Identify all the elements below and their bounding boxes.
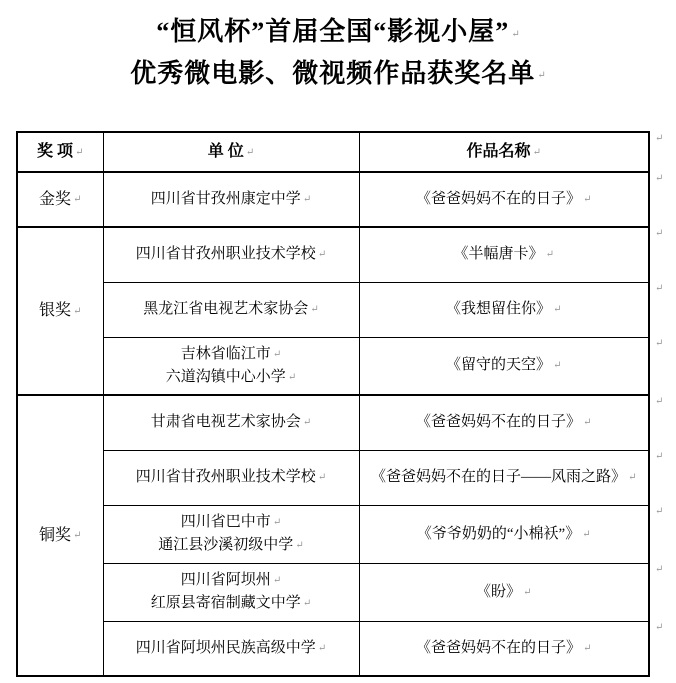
paragraph-mark-icon: ↵	[318, 643, 326, 654]
row-end-mark: ↵	[655, 229, 663, 239]
work-text: 《盼》	[476, 584, 521, 600]
work-cell: 《爷爷奶奶的“小棉袄”》↵	[359, 505, 649, 563]
paragraph-mark-icon: ↵	[273, 575, 281, 586]
row-end-mark: ↵	[655, 339, 663, 349]
unit-cell: 四川省阿坝州↵ 红原县寄宿制藏文中学↵	[103, 563, 359, 621]
paragraph-mark-icon: ↵	[537, 70, 545, 81]
work-text: 《爸爸妈妈不在的日子》	[416, 414, 581, 430]
title-text-2: 优秀微电影、微视频作品获奖名单	[130, 59, 535, 88]
work-cell: 《盼》↵	[359, 563, 649, 621]
unit-text: 甘肃省电视艺术家协会	[151, 414, 301, 430]
work-text: 《半幅唐卡》	[454, 246, 544, 262]
unit-cell: 黑龙江省电视艺术家协会↵	[103, 282, 359, 337]
paragraph-mark-icon: ↵	[273, 349, 281, 360]
work-text: 《爸爸妈妈不在的日子》	[416, 640, 581, 656]
unit-text: 四川省阿坝州	[181, 572, 271, 588]
document-page: “恒风杯”首届全国“影视小屋”↵ 优秀微电影、微视频作品获奖名单↵ 奖 项↵ 单…	[0, 12, 676, 677]
unit-text: 四川省甘孜州职业技术学校	[136, 469, 316, 485]
paragraph-mark-icon: ↵	[318, 249, 326, 260]
unit-cell: 甘肃省电视艺术家协会↵	[103, 395, 359, 450]
work-text: 《爸爸妈妈不在的日子——风雨之路》	[371, 469, 626, 485]
work-cell: 《半幅唐卡》↵	[359, 227, 649, 282]
table-row-silver-1: 银奖↵ 四川省甘孜州职业技术学校↵ 《半幅唐卡》↵	[17, 227, 649, 282]
unit-text: 四川省巴中市	[181, 514, 271, 530]
unit-cell: 吉林省临江市↵ 六道沟镇中心小学↵	[103, 337, 359, 395]
paragraph-mark-icon: ↵	[628, 472, 636, 483]
paragraph-mark-icon: ↵	[582, 529, 590, 540]
document-title: “恒风杯”首届全国“影视小屋”↵ 优秀微电影、微视频作品获奖名单↵	[0, 12, 676, 95]
header-work-text: 作品名称	[467, 143, 531, 160]
row-end-mark: ↵	[655, 174, 663, 184]
table-row-silver-2: 黑龙江省电视艺术家协会↵ 《我想留住你》↵	[17, 282, 649, 337]
header-work: 作品名称↵	[359, 132, 649, 172]
title-line-1: “恒风杯”首届全国“影视小屋”↵	[0, 12, 676, 54]
unit-cell: 四川省巴中市↵ 通江县沙溪初级中学↵	[103, 505, 359, 563]
title-line-2: 优秀微电影、微视频作品获奖名单↵	[0, 54, 676, 96]
unit-line: 四川省阿坝州↵	[106, 569, 357, 592]
unit-text: 四川省阿坝州民族高级中学	[136, 640, 316, 656]
paragraph-mark-icon: ↵	[583, 417, 591, 428]
paragraph-mark-icon: ↵	[73, 194, 81, 205]
unit-line: 红原县寄宿制藏文中学↵	[106, 592, 357, 615]
table-row-silver-3: 吉林省临江市↵ 六道沟镇中心小学↵ 《留守的天空》↵	[17, 337, 649, 395]
table-row-bronze-2: 四川省甘孜州职业技术学校↵ 《爸爸妈妈不在的日子——风雨之路》↵	[17, 450, 649, 505]
awards-table-wrap: 奖 项↵ 单 位↵ 作品名称↵ 金奖↵ 四川省甘孜州康定中学↵ 《爸爸妈妈不在的…	[16, 131, 648, 677]
award-text: 铜奖	[39, 527, 71, 544]
paragraph-mark-icon: ↵	[583, 643, 591, 654]
unit-text: 黑龙江省电视艺术家协会	[143, 301, 308, 317]
work-cell: 《留守的天空》↵	[359, 337, 649, 395]
unit-line: 吉林省临江市↵	[106, 343, 357, 366]
title-text-1: “恒风杯”首届全国“影视小屋”	[156, 17, 509, 46]
paragraph-mark-icon: ↵	[553, 304, 561, 315]
paragraph-mark-icon: ↵	[583, 194, 591, 205]
paragraph-mark-icon: ↵	[303, 194, 311, 205]
table-row-bronze-3: 四川省巴中市↵ 通江县沙溪初级中学↵ 《爷爷奶奶的“小棉袄”》↵	[17, 505, 649, 563]
work-text: 《留守的天空》	[446, 357, 551, 373]
work-text: 《我想留住你》	[446, 301, 551, 317]
award-text: 金奖	[39, 191, 71, 208]
paragraph-mark-icon: ↵	[73, 306, 81, 317]
work-cell: 《爸爸妈妈不在的日子》↵	[359, 621, 649, 676]
paragraph-mark-icon: ↵	[303, 598, 311, 609]
header-unit: 单 位↵	[103, 132, 359, 172]
table-row-bronze-5: 四川省阿坝州民族高级中学↵ 《爸爸妈妈不在的日子》↵	[17, 621, 649, 676]
paragraph-mark-icon: ↵	[75, 147, 83, 158]
paragraph-mark-icon: ↵	[553, 360, 561, 371]
unit-cell: 四川省甘孜州职业技术学校↵	[103, 450, 359, 505]
row-end-mark: ↵	[655, 623, 663, 633]
row-end-mark: ↵	[655, 507, 663, 517]
row-end-mark: ↵	[655, 565, 663, 575]
paragraph-mark-icon: ↵	[533, 147, 541, 158]
paragraph-mark-icon: ↵	[73, 530, 81, 541]
paragraph-mark-icon: ↵	[511, 29, 519, 40]
award-cell-bronze: 铜奖↵	[17, 395, 103, 676]
row-end-mark: ↵	[655, 397, 663, 407]
work-text: 《爸爸妈妈不在的日子》	[416, 191, 581, 207]
table-header-row: 奖 项↵ 单 位↵ 作品名称↵	[17, 132, 649, 172]
table-row-bronze-1: 铜奖↵ 甘肃省电视艺术家协会↵ 《爸爸妈妈不在的日子》↵	[17, 395, 649, 450]
unit-text: 通江县沙溪初级中学	[158, 537, 293, 553]
paragraph-mark-icon: ↵	[310, 304, 318, 315]
unit-line: 通江县沙溪初级中学↵	[106, 534, 357, 557]
unit-cell: 四川省阿坝州民族高级中学↵	[103, 621, 359, 676]
paragraph-mark-icon: ↵	[303, 417, 311, 428]
unit-text: 四川省甘孜州职业技术学校	[136, 246, 316, 262]
row-end-mark: ↵	[655, 452, 663, 462]
table-row-gold-1: 金奖↵ 四川省甘孜州康定中学↵ 《爸爸妈妈不在的日子》↵	[17, 172, 649, 227]
row-end-mark: ↵	[655, 134, 663, 144]
unit-cell: 四川省甘孜州职业技术学校↵	[103, 227, 359, 282]
work-cell: 《我想留住你》↵	[359, 282, 649, 337]
table-row-bronze-4: 四川省阿坝州↵ 红原县寄宿制藏文中学↵ 《盼》↵	[17, 563, 649, 621]
unit-line: 六道沟镇中心小学↵	[106, 366, 357, 389]
awards-table: 奖 项↵ 单 位↵ 作品名称↵ 金奖↵ 四川省甘孜州康定中学↵ 《爸爸妈妈不在的…	[16, 131, 650, 677]
unit-text: 吉林省临江市	[181, 346, 271, 362]
header-award: 奖 项↵	[17, 132, 103, 172]
award-cell-gold: 金奖↵	[17, 172, 103, 227]
work-cell: 《爸爸妈妈不在的日子》↵	[359, 172, 649, 227]
header-award-text: 奖 项	[37, 143, 73, 160]
unit-cell: 四川省甘孜州康定中学↵	[103, 172, 359, 227]
unit-text: 四川省甘孜州康定中学	[151, 191, 301, 207]
paragraph-mark-icon: ↵	[318, 472, 326, 483]
row-end-mark: ↵	[655, 284, 663, 294]
paragraph-mark-icon: ↵	[546, 249, 554, 260]
unit-text: 红原县寄宿制藏文中学	[151, 595, 301, 611]
work-cell: 《爸爸妈妈不在的日子》↵	[359, 395, 649, 450]
award-cell-silver: 银奖↵	[17, 227, 103, 395]
unit-line: 四川省巴中市↵	[106, 511, 357, 534]
unit-text: 六道沟镇中心小学	[166, 369, 286, 385]
award-text: 银奖	[39, 302, 71, 319]
paragraph-mark-icon: ↵	[288, 372, 296, 383]
header-unit-text: 单 位	[208, 143, 244, 160]
paragraph-mark-icon: ↵	[273, 517, 281, 528]
paragraph-mark-icon: ↵	[246, 147, 254, 158]
paragraph-mark-icon: ↵	[295, 540, 303, 551]
work-cell: 《爸爸妈妈不在的日子——风雨之路》↵	[359, 450, 649, 505]
work-text: 《爷爷奶奶的“小棉袄”》	[417, 526, 580, 542]
paragraph-mark-icon: ↵	[523, 587, 531, 598]
